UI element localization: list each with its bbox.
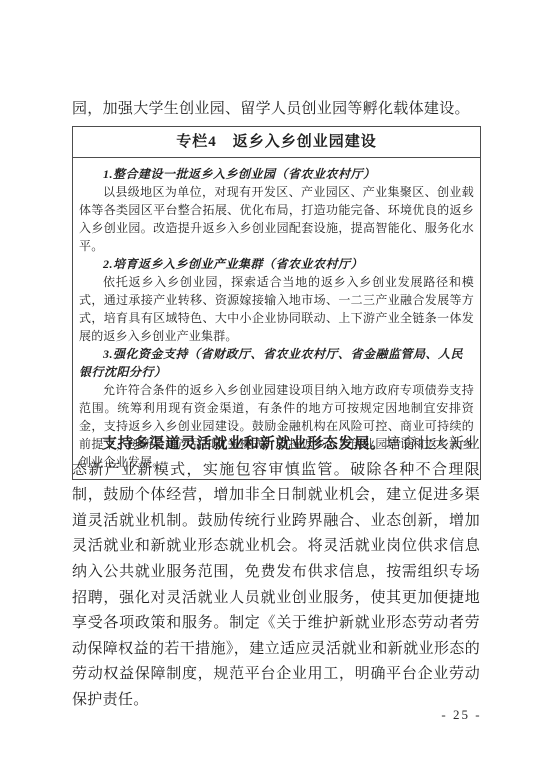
callout-box-title: 专栏4 返乡入乡创业园建设 — [73, 127, 480, 158]
callout-box-zhuanlan-4: 专栏4 返乡入乡创业园建设 1.整合建设一批返乡入乡创业园（省农业农村厅） 以县… — [72, 126, 481, 480]
box-section-body: 以县级地区为单位，对现有开发区、产业园区、产业集聚区、创业载体等各类园区平台整合… — [79, 183, 474, 255]
page-number: - 25 - — [434, 707, 489, 723]
box-section: 1.整合建设一批返乡入乡创业园（省农业农村厅） 以县级地区为单位，对现有开发区、… — [79, 165, 474, 255]
box-section: 2.培育返乡入乡创业产业集群（省农业农村厅） 依托返乡入乡创业园，探索适合当地的… — [79, 255, 474, 345]
main-paragraph: 支持多渠道灵活就业和新就业形态发展。培育壮大新业态新产业新模式，实施包容审慎监管… — [72, 432, 480, 714]
continuation-paragraph-line: 园，加强大学生创业园、留学人员创业园等孵化载体建设。 — [72, 100, 482, 119]
callout-box-content: 1.整合建设一批返乡入乡创业园（省农业农村厅） 以县级地区为单位，对现有开发区、… — [73, 158, 480, 479]
box-section-heading: 2.培育返乡入乡创业产业集群（省农业农村厅） — [79, 255, 474, 273]
document-page: 园，加强大学生创业园、留学人员创业园等孵化载体建设。 专栏4 返乡入乡创业园建设… — [0, 0, 550, 777]
paragraph-lead-sentence: 支持多渠道灵活就业和新就业形态发展。 — [102, 436, 386, 452]
paragraph-body-text: 培育壮大新业态新产业新模式，实施包容审慎监管。破除各种不合理限制，鼓励个体经营，… — [72, 436, 480, 708]
box-section-body: 依托返乡入乡创业园，探索适合当地的返乡入乡创业发展路径和模式，通过承接产业转移、… — [79, 273, 474, 345]
box-section-heading: 1.整合建设一批返乡入乡创业园（省农业农村厅） — [79, 165, 474, 183]
box-section-heading: 3.强化资金支持（省财政厅、省农业农村厅、省金融监管局、人民银行沈阳分行） — [79, 345, 474, 381]
